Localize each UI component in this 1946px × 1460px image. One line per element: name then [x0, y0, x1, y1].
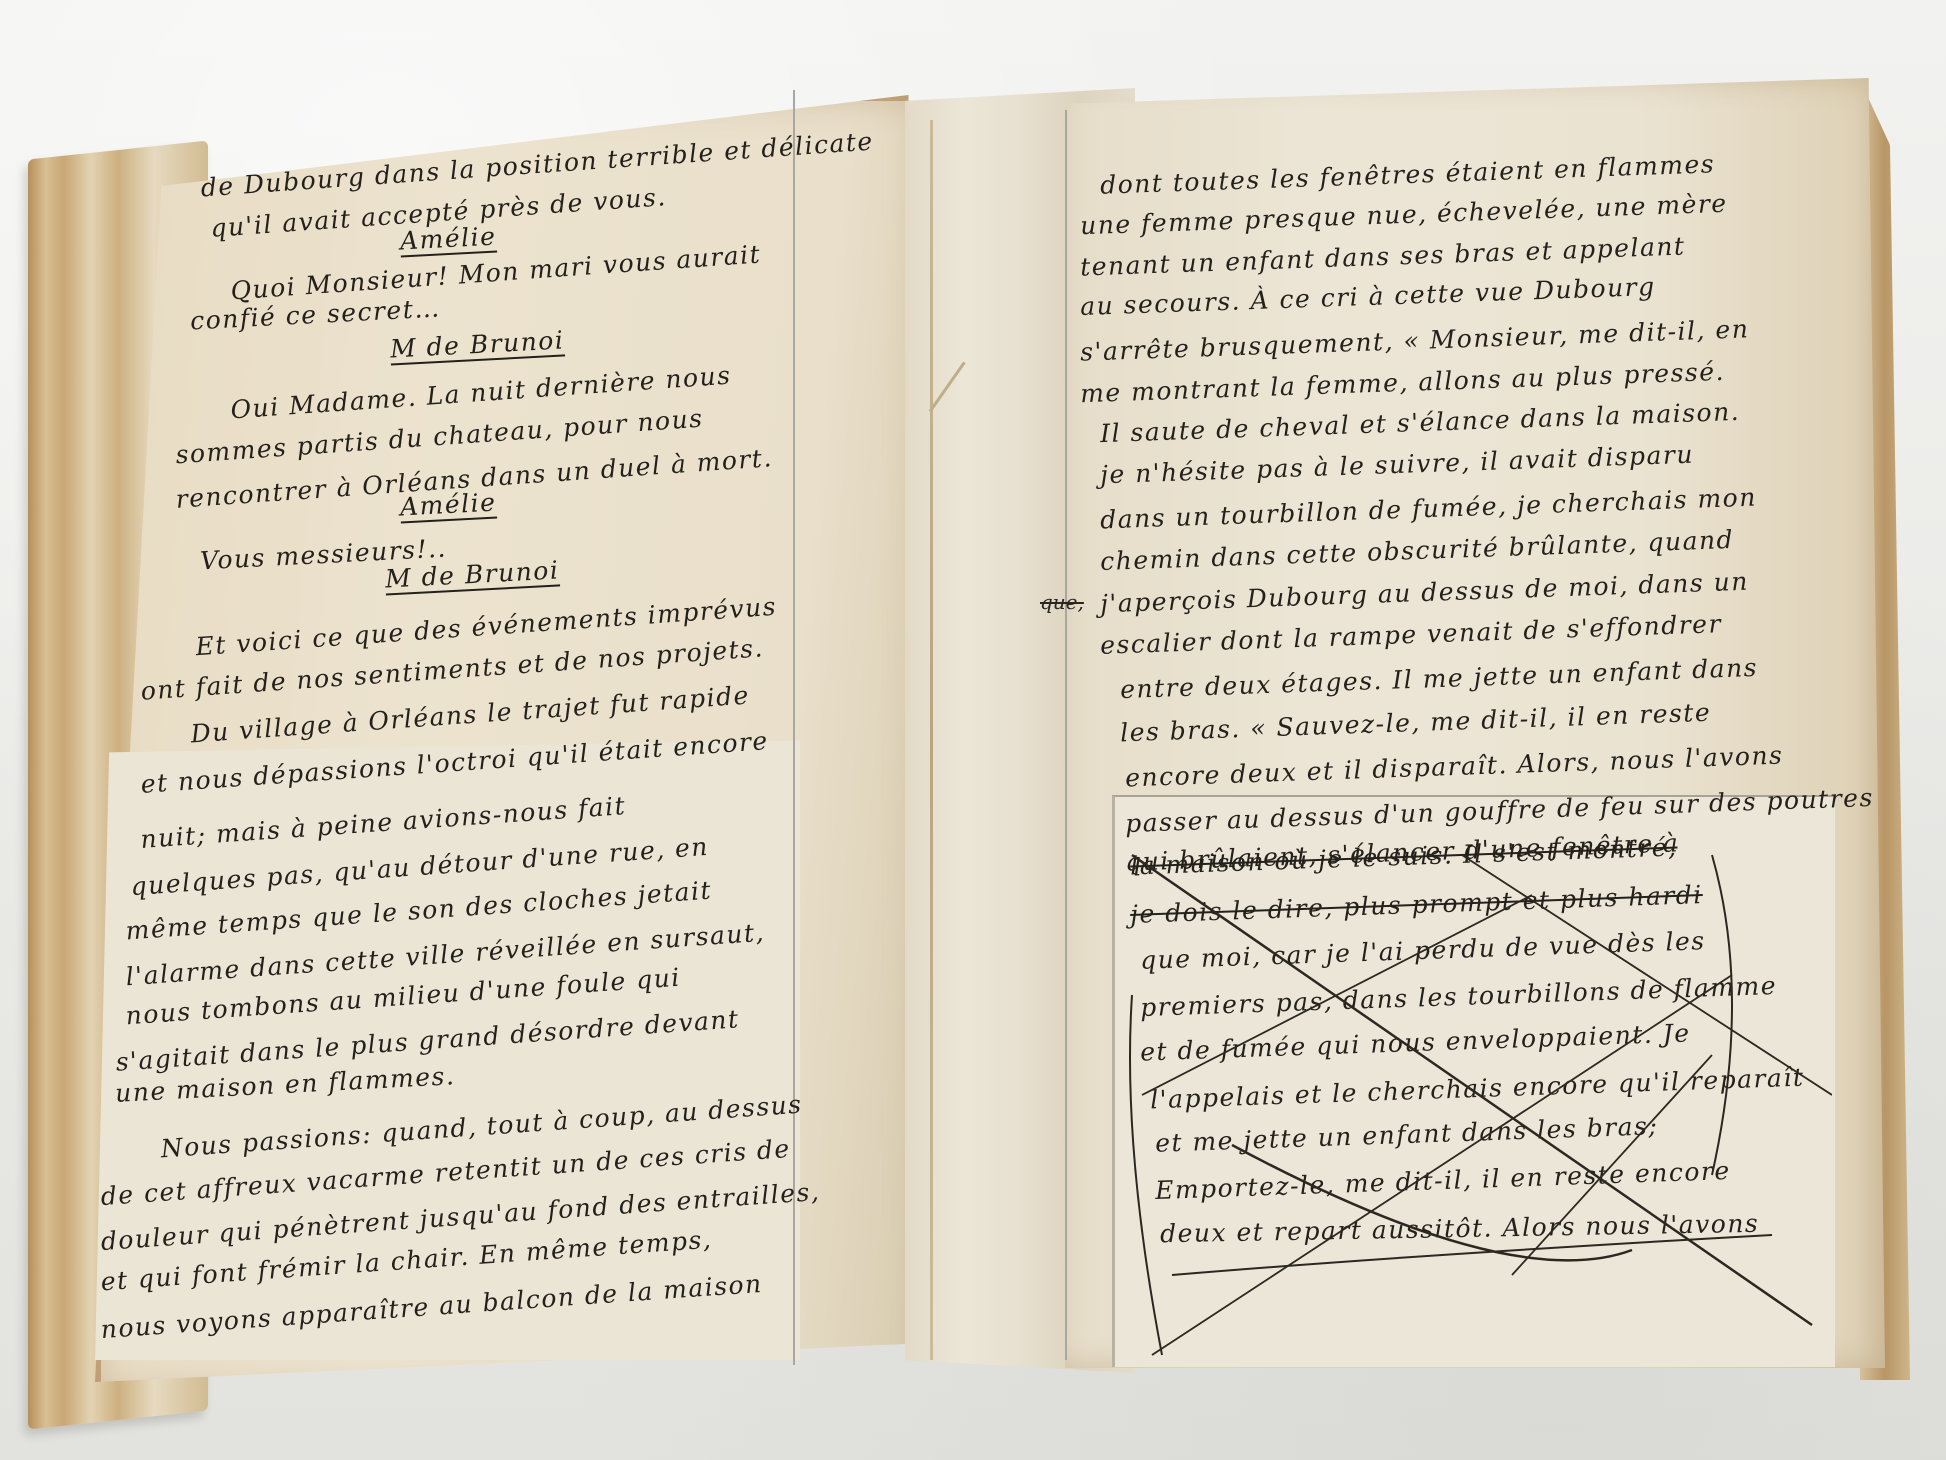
margin-struck-note: que, [1040, 590, 1084, 614]
binding-thread [930, 120, 933, 1360]
open-manuscript: de Dubourg dans la position terrible et … [0, 0, 1946, 1460]
left-page-margin-rule [793, 90, 795, 1365]
speaker-heading: Amélie [399, 487, 497, 521]
speaker-heading: Amélie [399, 221, 497, 255]
right-page-margin-rule [1065, 110, 1067, 1360]
